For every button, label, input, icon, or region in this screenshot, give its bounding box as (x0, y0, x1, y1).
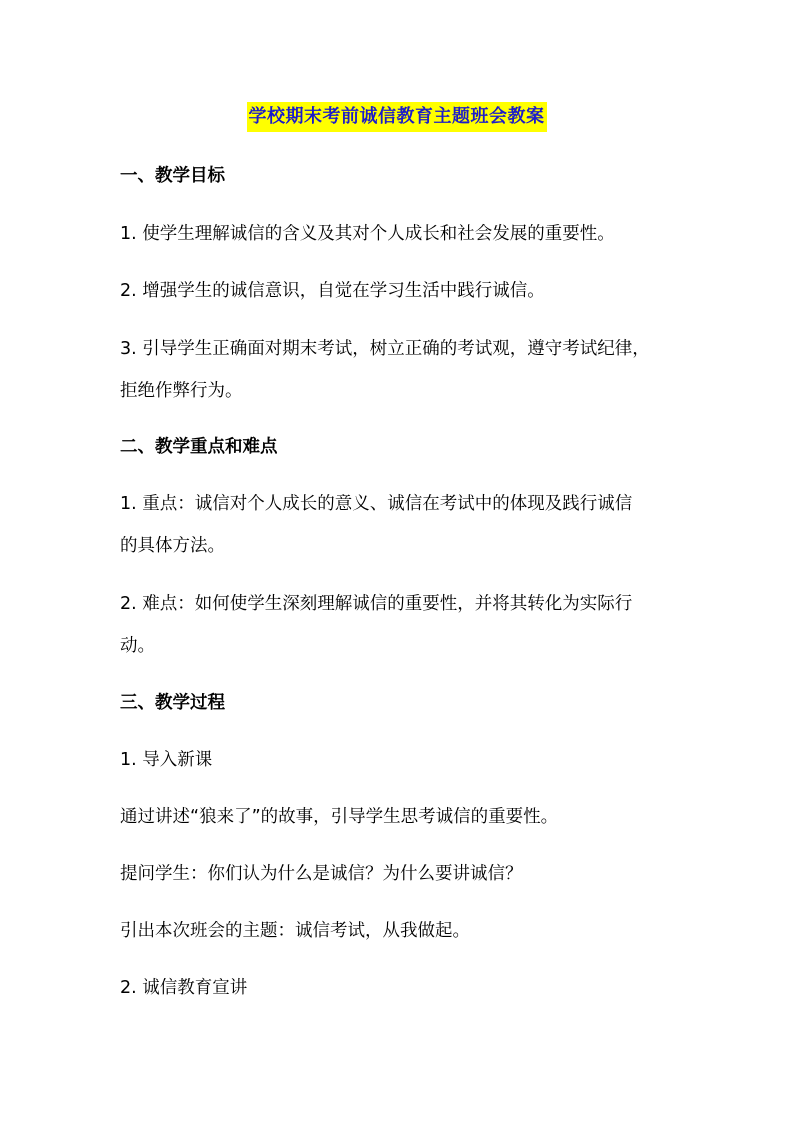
document-title: 学校期末考前诚信教育主题班会教案 (247, 102, 547, 132)
document-page: 学校期末考前诚信教育主题班会教案 一、教学目标1. 使学生理解诚信的含义及其对个… (0, 0, 793, 1122)
paragraph-line: 通过讲述“狼来了”的故事，引导学生思考诚信的重要性。 (120, 803, 680, 831)
paragraph-line: 2. 诚信教育宣讲 (120, 974, 680, 1002)
paragraph-line: 2. 难点：如何使学生深刻理解诚信的重要性，并将其转化为实际行 (120, 590, 680, 618)
section-heading: 二、教学重点和难点 (120, 433, 680, 461)
paragraph-line: 动。 (120, 632, 680, 660)
section-heading: 一、教学目标 (120, 162, 680, 190)
title-container: 学校期末考前诚信教育主题班会教案 (0, 102, 793, 132)
paragraph-line: 1. 重点：诚信对个人成长的意义、诚信在考试中的体现及践行诚信 (120, 490, 680, 518)
paragraph-line: 提问学生：你们认为什么是诚信？为什么要讲诚信？ (120, 860, 680, 888)
paragraph-line: 2. 增强学生的诚信意识，自觉在学习生活中践行诚信。 (120, 277, 680, 305)
paragraph-line: 1. 导入新课 (120, 746, 680, 774)
paragraph-line: 引出本次班会的主题：诚信考试，从我做起。 (120, 917, 680, 945)
paragraph-line: 的具体方法。 (120, 532, 680, 560)
paragraph-line: 拒绝作弊行为。 (120, 377, 680, 405)
paragraph-line: 1. 使学生理解诚信的含义及其对个人成长和社会发展的重要性。 (120, 220, 680, 248)
paragraph-line: 3. 引导学生正确面对期末考试，树立正确的考试观，遵守考试纪律， (120, 335, 680, 363)
section-heading: 三、教学过程 (120, 689, 680, 717)
